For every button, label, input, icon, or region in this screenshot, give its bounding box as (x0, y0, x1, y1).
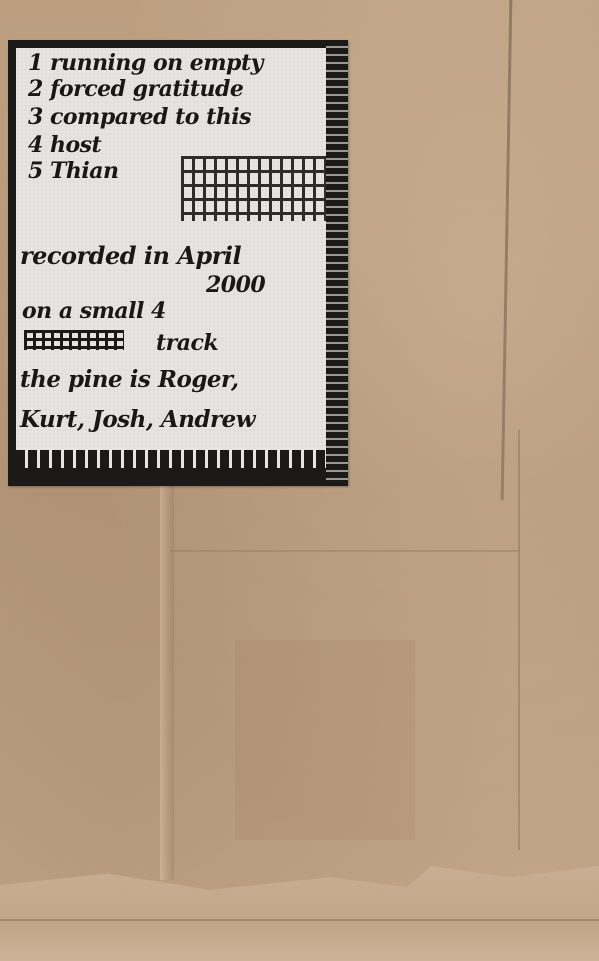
tape-patch (235, 640, 415, 840)
track-3: 3 compared to this (28, 106, 251, 128)
cassette-insert: 1 running on empty 2 forced gratitude 3 … (8, 40, 348, 486)
recorded-line-3: on a small 4 (22, 300, 166, 322)
recorded-line-1: recorded in April (20, 244, 241, 268)
track-1: 1 running on empty (28, 52, 263, 74)
track-5: 5 Thian (28, 160, 118, 182)
track-4: 4 host (28, 134, 101, 156)
tape-crease (0, 919, 599, 921)
ink-grid-drawing-small (24, 330, 124, 350)
recorded-year: 2000 (206, 274, 265, 296)
insert-paper: 1 running on empty 2 forced gratitude 3 … (16, 48, 326, 468)
ink-grid-drawing (181, 156, 326, 221)
ink-border-right (326, 40, 348, 486)
track-2: 2 forced gratitude (28, 78, 243, 100)
paper-seam-horizontal (170, 550, 520, 552)
recorded-line-4: track (156, 332, 218, 354)
ink-border-bottom (16, 450, 326, 468)
paper-fold (160, 480, 174, 880)
lineup-line-1: the pine is Roger, (20, 368, 238, 391)
lineup-line-2: Kurt, Josh, Andrew (20, 408, 255, 431)
paper-seam-vertical-lower (518, 430, 520, 850)
